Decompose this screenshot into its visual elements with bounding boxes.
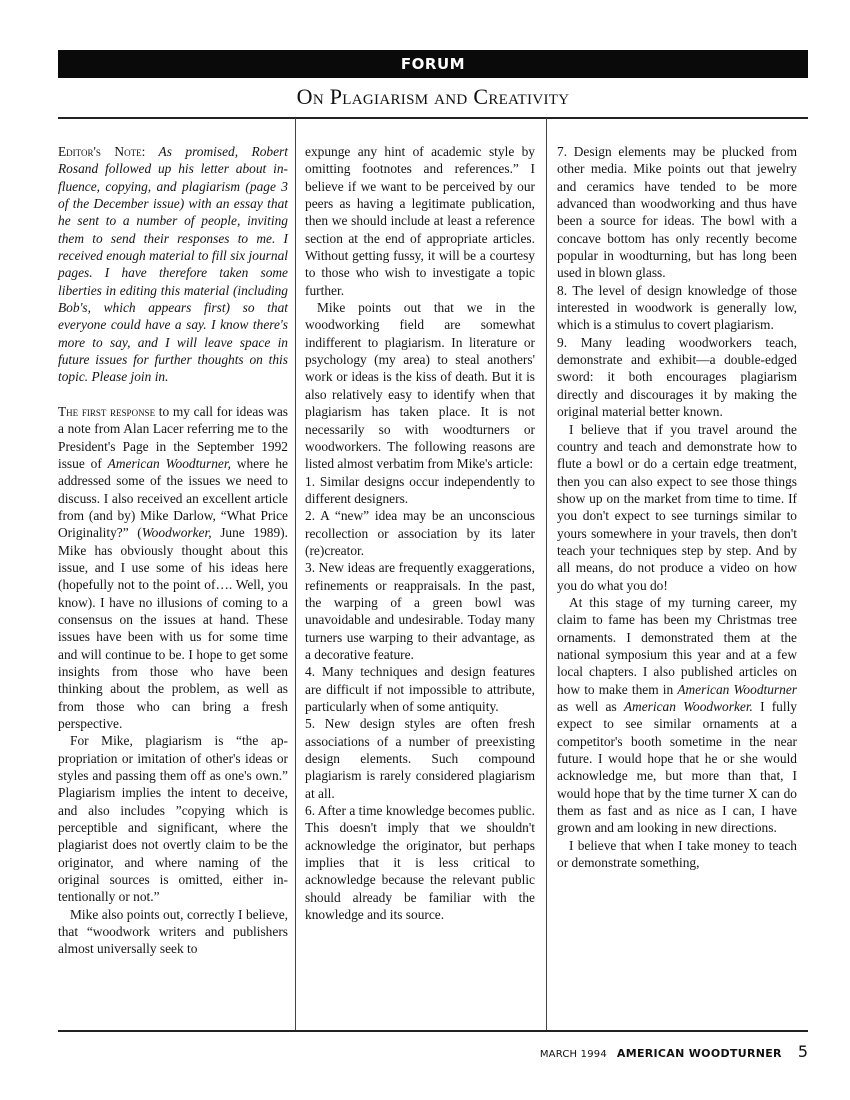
list-item: 3. New ideas are frequently exagger­atio… [305,559,535,663]
top-rule [58,117,808,119]
editors-note-text: As promised, Robert Rosand followed up h… [58,144,288,384]
paragraph-text: June 1989). Mike has obvi­ously thought … [58,525,288,731]
list-item: 2. A “new” idea may be an uncon­scious r… [305,507,535,559]
publication-name: American Woodworker. [624,699,753,714]
paragraph: At this stage of my turning career, my c… [557,594,797,837]
column-3: 7. Design elements may be plucked from o… [557,143,797,871]
paragraph: Mike also points out, correctly I believ… [58,906,288,958]
list-item: 5. New design styles are often fresh ass… [305,715,535,802]
first-response-lead: The first response [58,404,155,419]
paragraph: Mike points out that we in the woodworki… [305,299,535,472]
paragraph: expunge any hint of academic style by om… [305,143,535,299]
bottom-rule [58,1030,808,1032]
publication-name: Wood­worker, [142,525,212,540]
list-item: 7. Design elements may be plucked from o… [557,143,797,282]
list-item: 4. Many techniques and design fea­tures … [305,663,535,715]
list-item: 8. The level of design knowledge of thos… [557,282,797,334]
paragraph-text: as well as [557,699,624,714]
column-divider-1 [295,118,296,1030]
paragraph: I believe that when I take money to teac… [557,837,797,872]
editors-note-lead: Editor's Note: [58,144,145,159]
list-item: 6. After a time knowledge becomes public… [305,802,535,923]
section-banner: FORUM [58,50,808,78]
column-2: expunge any hint of academic style by om… [305,143,535,923]
paragraph: For Mike, plagiarism is “the ap­propriat… [58,732,288,905]
paragraph-text: I fully expect to see sim­ilar ornaments… [557,699,797,835]
column-divider-2 [546,118,547,1030]
column-1: Editor's Note: As promised, Robert Rosan… [58,143,288,958]
page-number: 5 [798,1042,808,1061]
page-footer: MARCH 1994 AMERICAN WOODTURNER 5 [540,1042,808,1061]
issue-date: MARCH 1994 [540,1049,607,1060]
article-title: On Plagiarism and Creativity [58,84,808,110]
first-response-paragraph: The first response to my call for ideas … [58,403,288,733]
section-label: FORUM [401,55,465,73]
paragraph: I believe that if you travel around the … [557,421,797,594]
list-item: 1. Similar designs occur indepen­dently … [305,473,535,508]
list-item: 9. Many leading woodworkers teach, demon… [557,334,797,421]
publication-name: AMERICAN WOODTURNER [617,1047,782,1060]
publication-name: American Woodturner, [108,456,231,471]
editors-note: Editor's Note: As promised, Robert Rosan… [58,143,288,386]
publication-name: American Woodturner [677,682,797,697]
